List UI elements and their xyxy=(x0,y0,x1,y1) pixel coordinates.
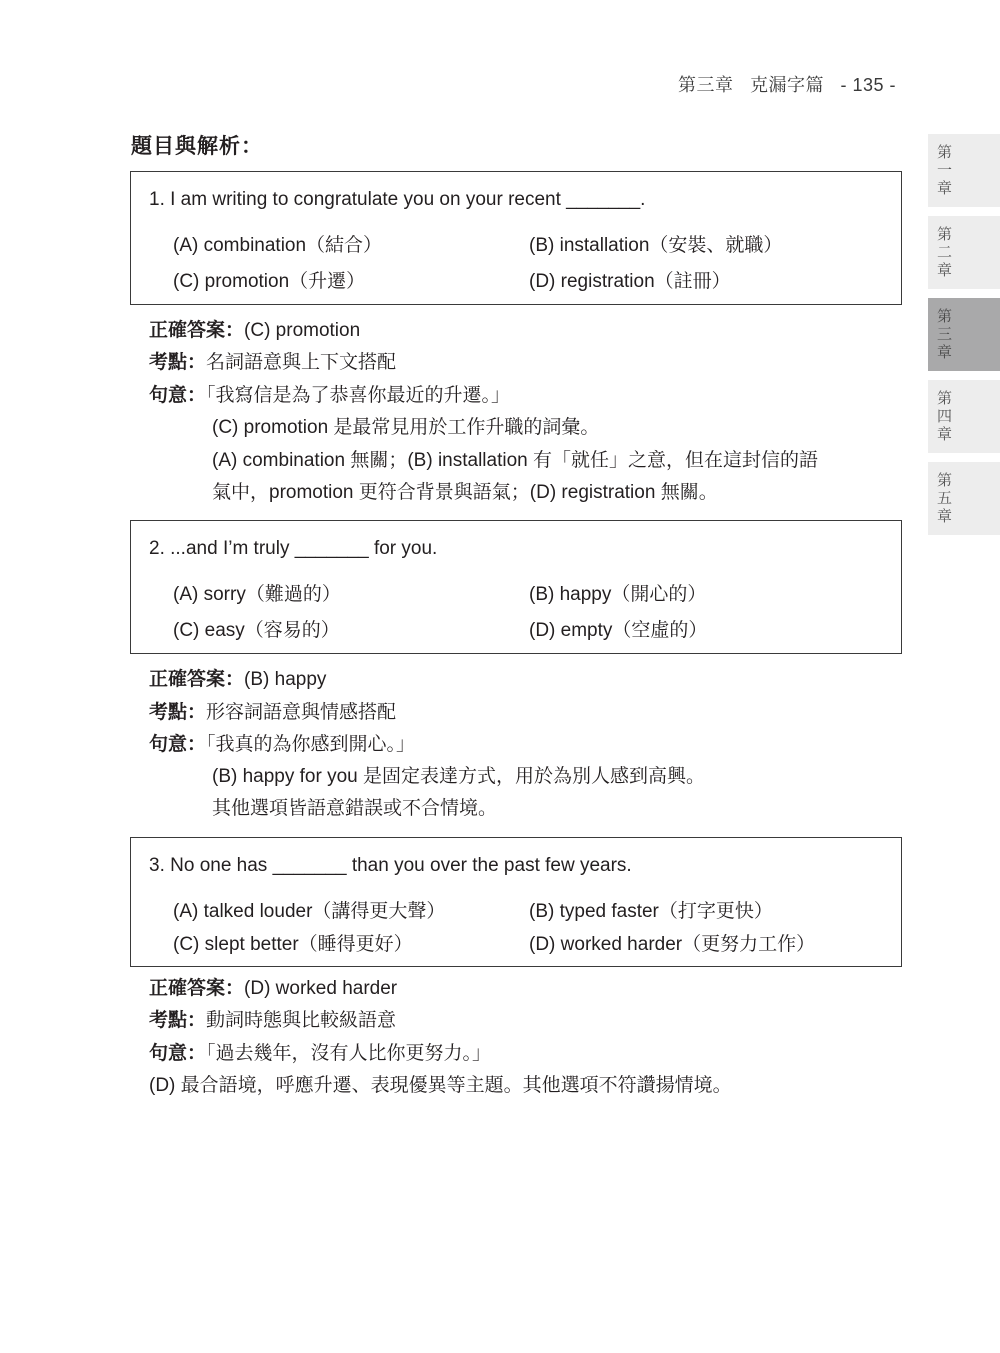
option-a: (A) combination（結合） xyxy=(173,230,382,257)
chapter-tabs: 第一章 第二章 第三章 第四章 第五章 xyxy=(928,134,1000,544)
option-d: (D) worked harder（更努力工作） xyxy=(529,929,815,956)
option-d: (D) registration（註冊） xyxy=(529,266,731,293)
chapter-tab-4[interactable]: 第四章 xyxy=(928,380,1000,453)
point-line: 考點：名詞語意與上下文搭配 xyxy=(149,352,396,374)
question-stem: 3. No one has _______ than you over the … xyxy=(149,855,632,877)
section-title: 題目與解析： xyxy=(131,130,263,160)
answer-line: 正確答案：(D) worked harder xyxy=(149,978,397,1000)
question-box-1: 1. I am writing to congratulate you on y… xyxy=(130,171,902,305)
question-box-3: 3. No one has _______ than you over the … xyxy=(130,837,902,967)
answer-line: 正確答案：(C) promotion xyxy=(149,320,360,342)
note-line: (D) 最合語境，呼應升遷、表現優異等主題。其他選項不符讚揚情境。 xyxy=(149,1075,732,1097)
meaning-line: 句意：「我真的為你感到開心。」 xyxy=(149,734,415,756)
note-line: 其他選項皆語意錯誤或不合情境。 xyxy=(212,798,497,820)
chapter-tab-2[interactable]: 第二章 xyxy=(928,216,1000,289)
page-number: - 135 - xyxy=(841,75,897,95)
point-line: 考點：動詞時態與比較級語意 xyxy=(149,1010,396,1032)
question-box-2: 2. ...and I’m truly _______ for you. (A)… xyxy=(130,520,902,654)
option-c: (C) easy（容易的） xyxy=(173,615,340,642)
chapter-tab-5[interactable]: 第五章 xyxy=(928,462,1000,535)
point-line: 考點：形容詞語意與情感搭配 xyxy=(149,702,396,724)
chapter-tab-1[interactable]: 第一章 xyxy=(928,134,1000,207)
running-head: 第三章 克漏字篇 - 135 - xyxy=(678,71,896,97)
option-b: (B) happy（開心的） xyxy=(529,579,706,606)
option-d: (D) empty（空虛的） xyxy=(529,615,707,642)
chapter-tab-3[interactable]: 第三章 xyxy=(928,298,1000,371)
note-line: (A) combination 無關；(B) installation 有「就任… xyxy=(212,450,818,472)
meaning-line: 句意：「我寫信是為了恭喜你最近的升遷。」 xyxy=(149,385,510,407)
chapter-title: 克漏字篇 xyxy=(750,75,824,95)
option-b: (B) typed faster（打字更快） xyxy=(529,896,773,923)
note-line: 氣中，promotion 更符合背景與語氣；(D) registration 無… xyxy=(212,482,718,504)
option-c: (C) promotion（升遷） xyxy=(173,266,365,293)
question-stem: 1. I am writing to congratulate you on y… xyxy=(149,189,645,211)
option-a: (A) sorry（難過的） xyxy=(173,579,341,606)
option-c: (C) slept better（睡得更好） xyxy=(173,929,413,956)
option-b: (B) installation（安裝、就職） xyxy=(529,230,782,257)
note-line: (B) happy for you 是固定表達方式，用於為別人感到高興。 xyxy=(212,766,705,788)
chapter-label: 第三章 xyxy=(678,75,734,95)
meaning-line: 句意：「過去幾年，沒有人比你更努力。」 xyxy=(149,1043,491,1065)
note-line: (C) promotion 是最常見用於工作升職的詞彙。 xyxy=(212,417,599,439)
answer-line: 正確答案：(B) happy xyxy=(149,669,326,691)
option-a: (A) talked louder（講得更大聲） xyxy=(173,896,445,923)
question-stem: 2. ...and I’m truly _______ for you. xyxy=(149,538,437,560)
